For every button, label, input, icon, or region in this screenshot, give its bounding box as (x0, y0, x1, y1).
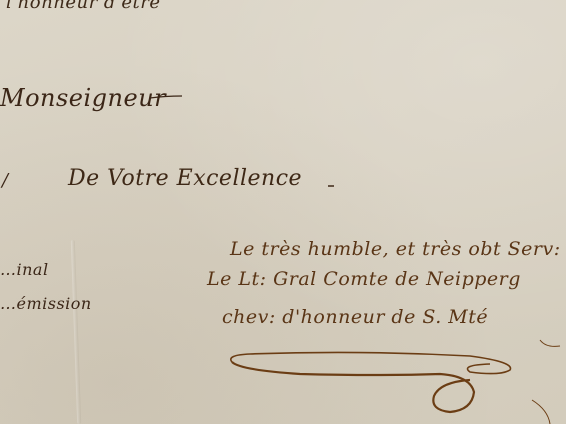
salutation-monseigneur: Monseigneur (0, 84, 166, 112)
paper-fold-crease (71, 240, 81, 424)
manuscript-paper: l'honneur d'être Monseigneur / De Votre … (0, 0, 566, 424)
left-margin-text-2: …émission (0, 294, 92, 313)
top-partial-line: l'honneur d'être (6, 0, 161, 13)
signature-line-2: Le Lt: Gral Comte de Neipperg (207, 268, 521, 290)
signature-line-1: Le très humble, et très obt Serv: (230, 238, 561, 260)
left-mark: / (2, 170, 9, 191)
signature-paraph-icon (0, 0, 566, 424)
closing-de-votre-excellence: De Votre Excellence (68, 166, 302, 191)
left-margin-text-1: …inal (0, 260, 49, 279)
signature-line-3: chev: d'honneur de S. Mté (222, 306, 488, 328)
